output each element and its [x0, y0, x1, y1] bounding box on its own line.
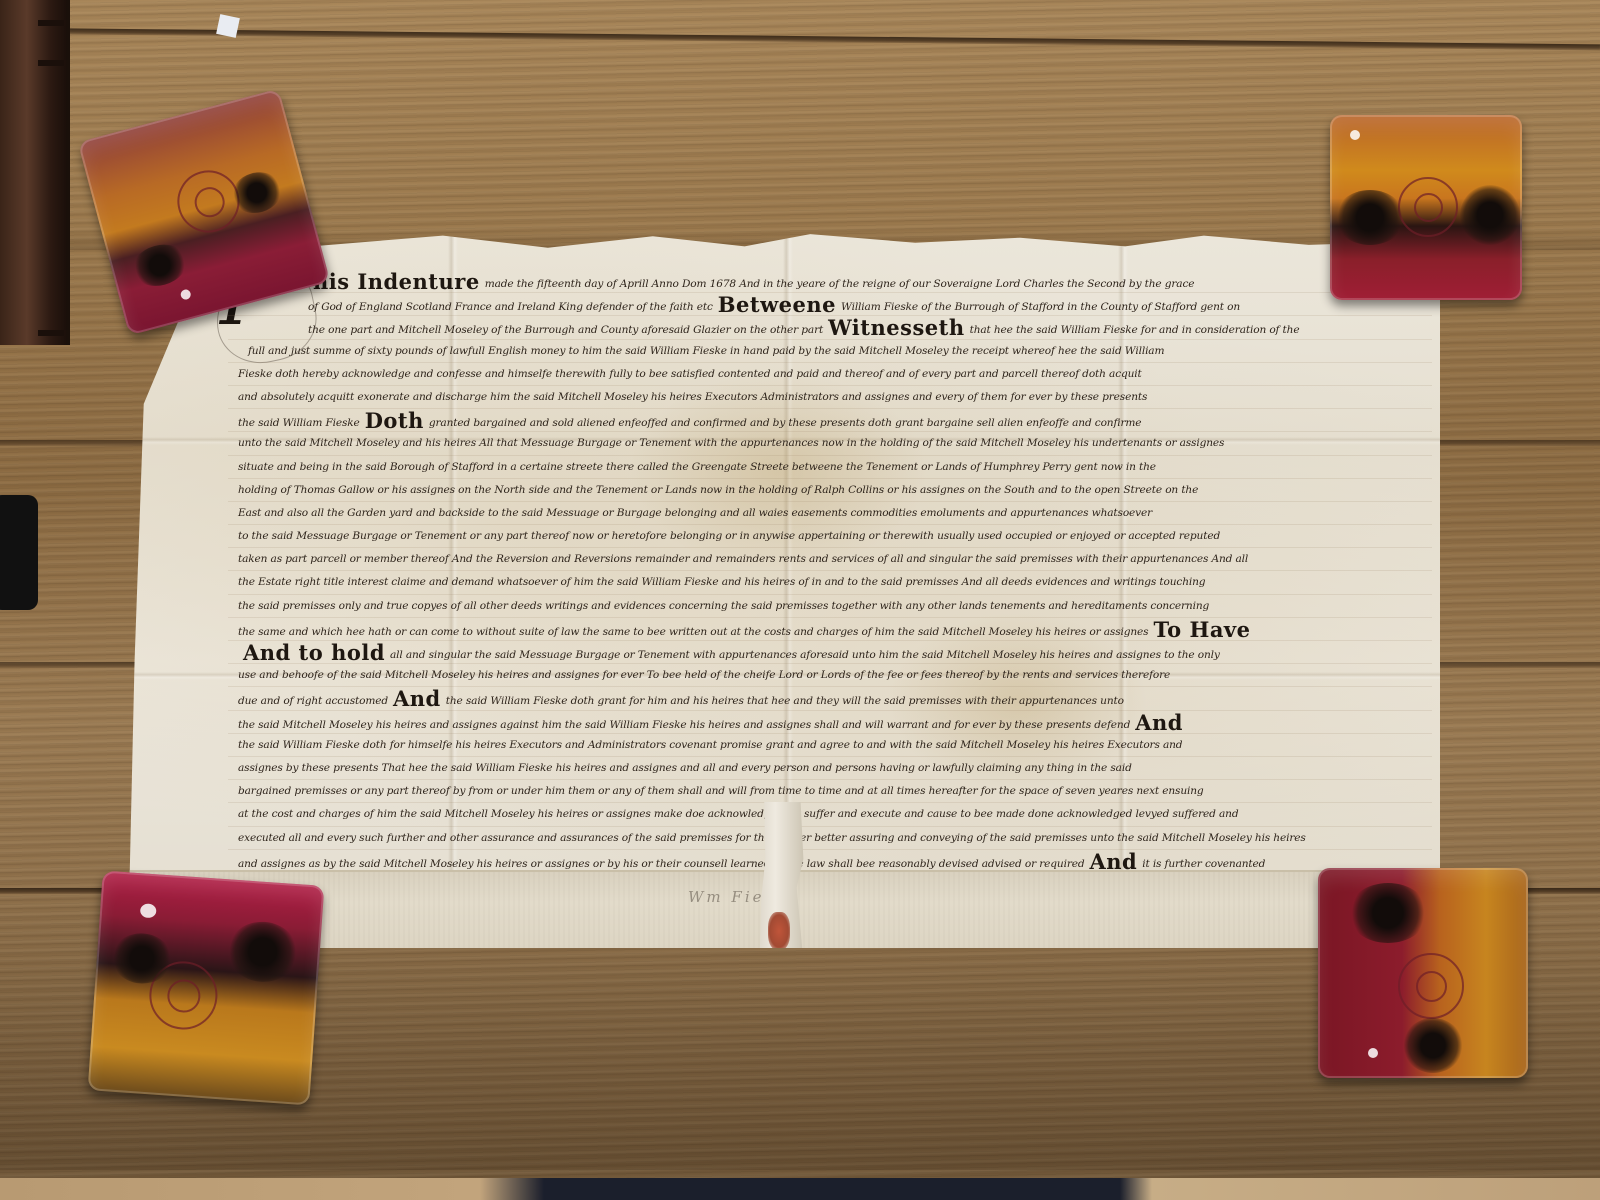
speckle	[226, 919, 300, 984]
plank-seam	[0, 28, 1600, 51]
line-text: at the cost and charges of him the said …	[238, 808, 1238, 820]
line-text: the one part and Mitchell Moseley of the…	[308, 324, 823, 336]
line-text: taken as part parcell or member thereof …	[238, 553, 1248, 565]
text-line: the said William Fieske doth for himself…	[228, 734, 1432, 757]
line-text: assignes by these presents That hee the …	[238, 762, 1132, 774]
line-text: that hee the said William Fieske for and…	[970, 324, 1300, 336]
text-line: holding of Thomas Gallow or his assignes…	[228, 479, 1432, 502]
text-line: East and also all the Garden yard and ba…	[228, 502, 1432, 525]
text-line: and absolutely acquitt exonerate and dis…	[228, 386, 1432, 409]
heading-and: And	[1135, 711, 1183, 734]
line-text: the said Mitchell Moseley his heires and…	[238, 719, 1130, 731]
line-text: the said William Fieske doth for himself…	[238, 739, 1182, 751]
text-line: the said William FieskeDothgranted barga…	[228, 409, 1432, 432]
line-text: granted bargained and sold aliened enfeo…	[429, 417, 1142, 429]
line-text: situate and being in the said Borough of…	[238, 461, 1156, 473]
text-line: his Indenturemade the fifteenth day of A…	[228, 270, 1432, 293]
text-line: Fieske doth hereby acknowledge and confe…	[228, 363, 1432, 386]
white-chip	[216, 14, 240, 38]
line-text: Fieske doth hereby acknowledge and confe…	[238, 368, 1142, 380]
speckle	[1403, 1018, 1463, 1073]
line-text: the said premisses only and true copyes …	[238, 600, 1209, 612]
text-line: unto the said Mitchell Moseley and his h…	[228, 432, 1432, 455]
text-line: bargained premisses or any part thereof …	[228, 780, 1432, 803]
line-text: the said William Fieske doth grant for h…	[446, 695, 1124, 707]
text-line: full and just summe of sixty pounds of l…	[228, 340, 1432, 363]
speckle	[1348, 883, 1428, 943]
spiral-icon	[1398, 177, 1458, 237]
floor-strip	[0, 1178, 1600, 1200]
line-text: and assignes as by the said Mitchell Mos…	[238, 858, 1085, 870]
line-text: of God of England Scotland France and Ir…	[308, 301, 713, 313]
text-line: use and behoofe of the said Mitchell Mos…	[228, 664, 1432, 687]
text-line: the one part and Mitchell Moseley of the…	[228, 316, 1432, 339]
line-text: use and behoofe of the said Mitchell Mos…	[238, 669, 1170, 681]
phone	[0, 495, 38, 610]
spiral-icon	[1398, 953, 1464, 1019]
line-text: East and also all the Garden yard and ba…	[238, 507, 1152, 519]
glass-shine	[140, 903, 157, 918]
line-text: the said William Fieske	[238, 417, 360, 429]
heading-this-indenture: his Indenture	[313, 270, 480, 293]
line-text: full and just summe of sixty pounds of l…	[248, 345, 1164, 357]
text-line: assignes by these presents That hee the …	[228, 757, 1432, 780]
heading-and-to-hold: And to hold	[243, 641, 385, 664]
text-line: due and of right accustomedAndthe said W…	[228, 687, 1432, 710]
text-line: situate and being in the said Borough of…	[228, 456, 1432, 479]
heading-witnesseth: Witnesseth	[828, 316, 965, 339]
speckle	[1335, 190, 1405, 245]
line-text: unto the said Mitchell Moseley and his h…	[238, 437, 1224, 449]
line-text: and absolutely acquitt exonerate and dis…	[238, 391, 1147, 403]
text-line: the same and which hee hath or can come …	[228, 618, 1432, 641]
seal-wax	[768, 912, 790, 950]
line-text: the same and which hee hath or can come …	[238, 626, 1148, 638]
indenture-parchment: T his Indenturemade the fifteenth day of…	[128, 232, 1440, 948]
line-text: holding of Thomas Gallow or his assignes…	[238, 484, 1198, 496]
glass-weight-bottom-right[interactable]	[1318, 868, 1528, 1078]
text-line: at the cost and charges of him the said …	[228, 803, 1432, 826]
heading-betweene: Betweene	[718, 293, 836, 316]
book-band	[38, 330, 64, 336]
line-text: the Estate right title interest claime a…	[238, 576, 1205, 588]
speckle	[1460, 185, 1520, 245]
line-text: to the said Messuage Burgage or Tenement…	[238, 530, 1220, 542]
text-line: the Estate right title interest claime a…	[228, 571, 1432, 594]
text-line: to the said Messuage Burgage or Tenement…	[228, 525, 1432, 548]
document-text: his Indenturemade the fifteenth day of A…	[228, 270, 1432, 966]
glass-shine	[1350, 130, 1360, 140]
glass-shine	[1368, 1048, 1378, 1058]
text-line: executed all and every such further and …	[228, 827, 1432, 850]
glass-weight-top-right[interactable]	[1330, 115, 1522, 300]
text-line: And to holdall and singular the said Mes…	[228, 641, 1432, 664]
line-text: made the fifteenth day of Aprill Anno Do…	[485, 278, 1195, 290]
book-spine	[0, 0, 70, 345]
line-text: due and of right accustomed	[238, 695, 388, 707]
text-line: of God of England Scotland France and Ir…	[228, 293, 1432, 316]
line-text: all and singular the said Messuage Burga…	[390, 649, 1220, 661]
book-band	[38, 60, 64, 66]
line-text: bargained premisses or any part thereof …	[238, 785, 1204, 797]
text-line: the said premisses only and true copyes …	[228, 595, 1432, 618]
heading-and: And	[393, 687, 441, 710]
line-text: William Fieske of the Burrough of Staffo…	[841, 301, 1240, 313]
glass-shine	[180, 288, 192, 300]
text-line: taken as part parcell or member thereof …	[228, 548, 1432, 571]
glass-weight-bottom-left[interactable]	[88, 871, 325, 1106]
heading-to-have: To Have	[1153, 618, 1250, 641]
text-line: the said Mitchell Moseley his heires and…	[228, 711, 1432, 734]
heading-doth: Doth	[365, 409, 424, 432]
speckle	[128, 239, 191, 292]
line-text: it is further covenanted	[1142, 858, 1265, 870]
book-band	[38, 20, 64, 26]
